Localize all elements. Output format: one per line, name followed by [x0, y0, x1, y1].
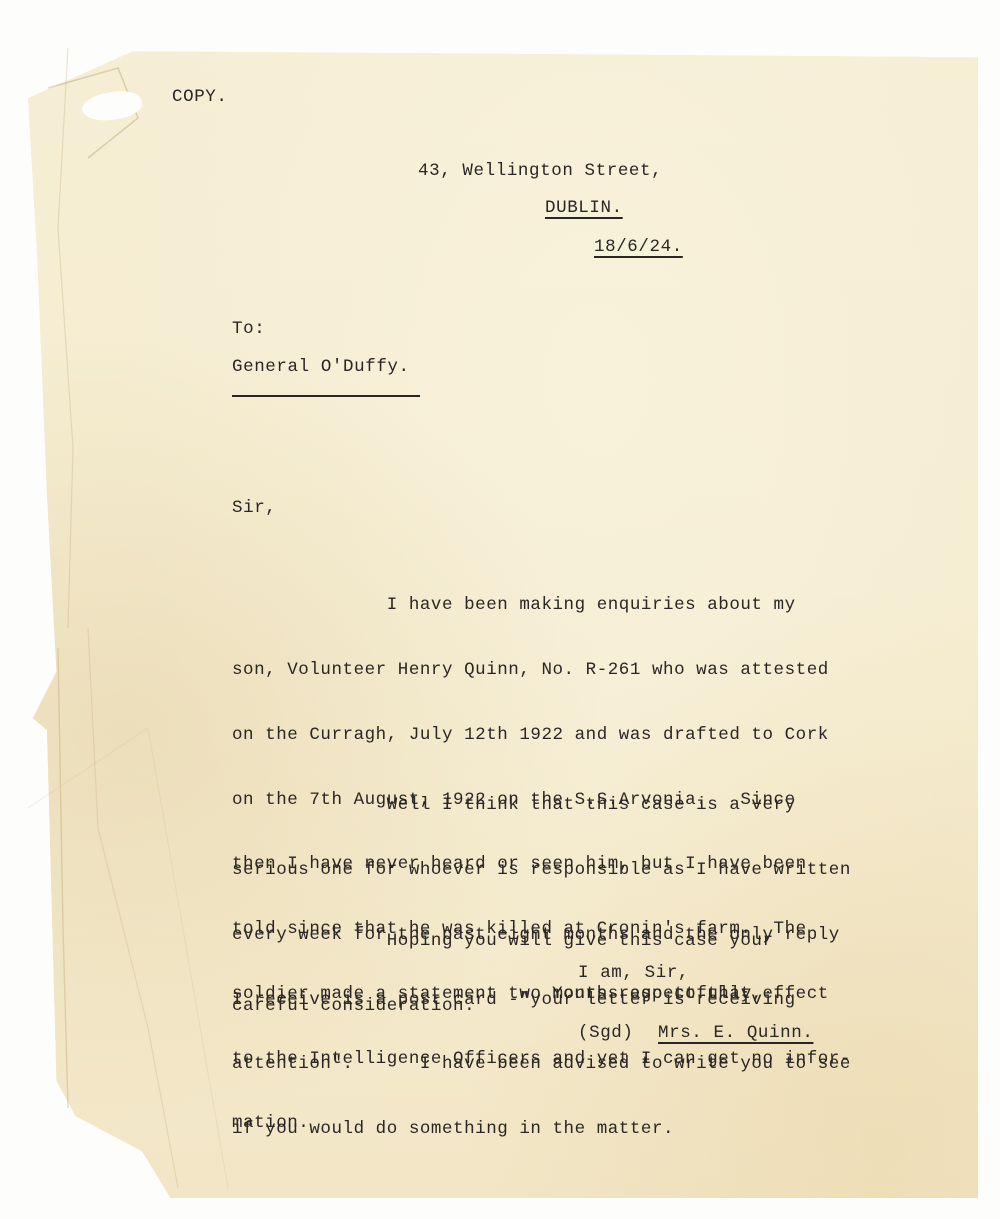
paragraph-line: if you would do something in the matter.: [232, 1119, 851, 1141]
copy-mark: COPY.: [172, 86, 228, 108]
recipient-to-label: To:: [232, 318, 265, 340]
recipient-divider: [232, 395, 420, 397]
sender-city: DUBLIN.: [545, 197, 623, 219]
paragraph-line: serious one for whoever is responsible a…: [232, 860, 851, 882]
closing-line-1: I am, Sir,: [578, 962, 689, 984]
paragraph-line: Well I think that this case is a very: [232, 795, 851, 817]
body-paragraph-3: Hoping you will give this case your care…: [232, 888, 774, 1039]
signed-prefix: (Sgd): [578, 1022, 634, 1044]
closing-line-2: Yours respectfully,: [552, 983, 763, 1005]
paragraph-line: attention". I have been advised to write…: [232, 1054, 851, 1076]
paragraph-line: I have been making enquiries about my: [232, 595, 851, 617]
recipient-name: General O'Duffy.: [232, 356, 410, 378]
paragraph-line: son, Volunteer Henry Quinn, No. R-261 wh…: [232, 660, 851, 682]
sender-street: 43, Wellington Street,: [418, 160, 662, 182]
signature: Mrs. E. Quinn.: [658, 1022, 813, 1044]
letter-date: 18/6/24.: [594, 236, 683, 258]
salutation: Sir,: [232, 497, 276, 519]
paragraph-line: Hoping you will give this case your: [232, 931, 774, 953]
paragraph-line: on the Curragh, July 12th 1922 and was d…: [232, 725, 851, 747]
